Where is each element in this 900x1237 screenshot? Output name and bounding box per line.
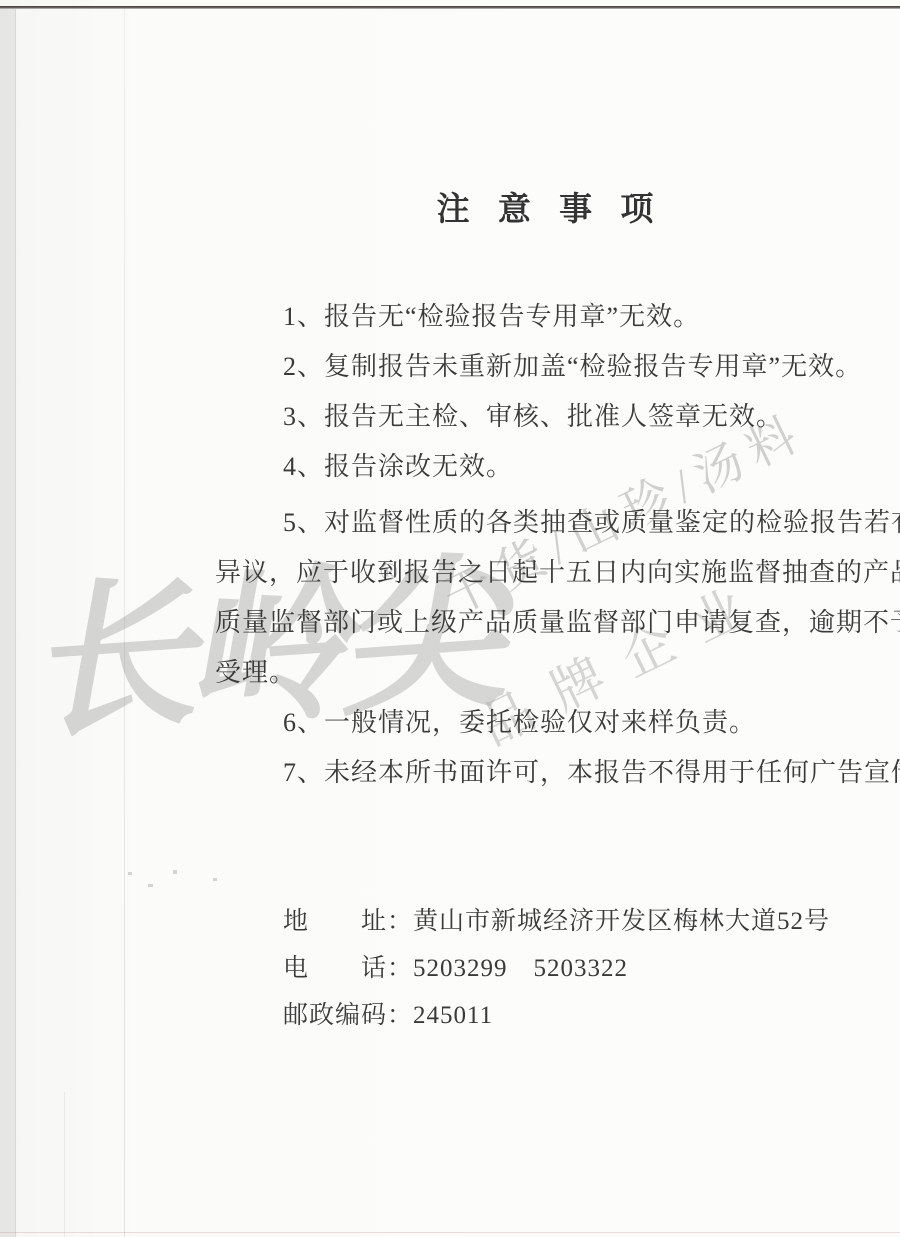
note-item-2: 2、复制报告未重新加盖“检验报告专用章”无效。 [215,342,885,392]
scanned-report-notes-page: 长岭尖 ® 干货/山珍/汤料 品牌企业 注 意 事 项 1、报告无“检验报告专用… [0,0,900,1237]
scan-speck [213,878,217,881]
page-title: 注 意 事 项 [215,183,885,230]
note-item-5-line-3: 质量监督部门或上级产品质量监督部门申请复查，逾期不予 [215,598,885,648]
note-item-6: 6、一般情况，委托检验仅对来样负责。 [215,698,885,748]
phone-line: 电 话：5203299 5203322 [283,945,830,992]
scan-speck [148,884,153,887]
postal-code-line: 邮政编码：245011 [283,992,830,1039]
note-item-1: 1、报告无“检验报告专用章”无效。 [215,292,885,342]
note-item-3: 3、报告无主检、审核、批准人签章无效。 [215,392,885,442]
paper-corner-edge [64,1092,65,1237]
scan-bottom-edge [0,1232,900,1233]
note-item-5-line-1: 5、对监督性质的各类抽查或质量鉴定的检验报告若有 [215,498,885,548]
note-item-4: 4、报告涂改无效。 [215,442,885,492]
paper-left-edge [0,9,16,1237]
note-item-7: 7、未经本所书面许可，本报告不得用于任何广告宣传。 [215,748,885,798]
paper-fold-line [124,9,125,1237]
notes-section: 注 意 事 项 1、报告无“检验报告专用章”无效。 2、复制报告未重新加盖“检验… [215,183,885,798]
address-line: 地 址：黄山市新城经济开发区梅林大道52号 [283,898,830,945]
scan-speck [128,872,132,875]
scan-top-edge [0,6,900,9]
note-item-5-line-4: 受理。 [215,648,885,698]
scan-speck [173,870,177,874]
note-item-5-line-2: 异议，应于收到报告之日起十五日内向实施监督抽查的产品 [215,548,885,598]
contact-info: 地 址：黄山市新城经济开发区梅林大道52号 电 话：5203299 520332… [283,898,830,1039]
